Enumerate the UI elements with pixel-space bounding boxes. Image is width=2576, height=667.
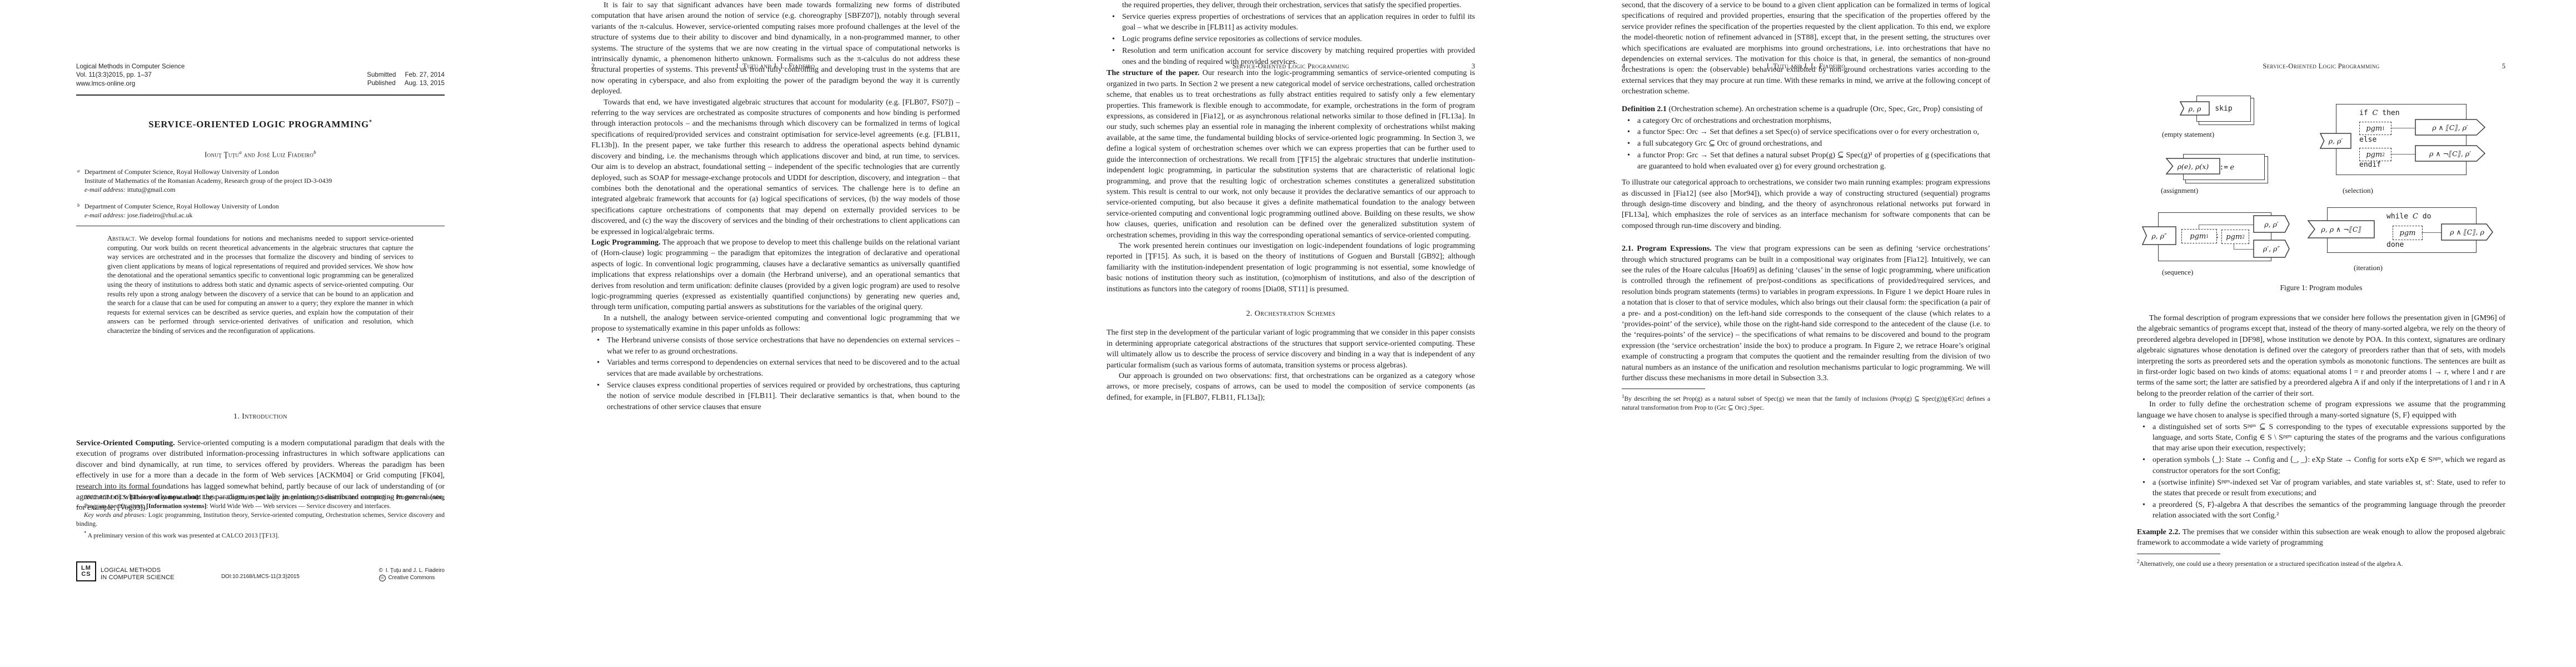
author-1: Ionuţ Ţuţu: [205, 150, 239, 158]
list-item: Service clauses express conditional prop…: [591, 380, 960, 412]
figure-caption: Figure 1: Program modules: [2137, 283, 2505, 292]
paragraph: In a nutshell, the analogy between servi…: [591, 313, 960, 335]
paragraph: In order to fully define the orchestrati…: [2137, 399, 2505, 421]
submitted-label: Submitted: [367, 71, 396, 79]
ccs-note: 2012 ACM CCS: [Theory of computation]: L…: [76, 494, 445, 511]
selection-else-line: else: [2359, 136, 2376, 144]
list-item: operation symbols ⟨_⟩: State → Config an…: [2137, 455, 2505, 476]
affiliation-a: a Department of Computer Science, Royal …: [76, 167, 445, 195]
list-item: a category Orc of orchestrations and orc…: [1622, 116, 1990, 126]
author-2: José Luiz Fiadeiro: [257, 150, 314, 158]
paragraph: Towards that end, we have investigated a…: [591, 97, 960, 237]
list-item: a preordered ⟨S, F⟩-algebra A that descr…: [2137, 500, 2505, 521]
requires-tag: ρ ∧ ⟦C⟧, ρ: [2442, 224, 2493, 240]
page-3: Service-Oriented Logic Programming 3 the…: [1030, 0, 1546, 667]
bullet-list: The Herbrand universe consists of those …: [591, 335, 960, 412]
example-lead: Example 2.2.: [2137, 528, 2180, 536]
section-1-heading: 1. Introduction: [76, 412, 445, 421]
subsection: 2.1. Program Expressions. The view that …: [1622, 243, 1990, 384]
pgm-box: pgm2: [2221, 230, 2249, 244]
journal-dates: SubmittedFeb. 27, 2014 PublishedAug. 13,…: [367, 71, 445, 88]
module-caption: (sequence): [2162, 268, 2273, 277]
footnote: 2Alternatively, one could use a theory p…: [2137, 558, 2505, 569]
abstract-rule: [76, 226, 445, 226]
paragraph: The structure of the paper. Our research…: [1107, 68, 1475, 241]
module-caption: (selection): [2343, 186, 2459, 195]
module-caption: (iteration): [2354, 263, 2470, 272]
submitted-date: Feb. 27, 2014: [405, 71, 445, 78]
footnote-block: 1By describing the set Prop(g) as a natu…: [1622, 389, 1990, 413]
paragraph: The work presented herein continues our …: [1107, 241, 1475, 295]
pgm-box: pgm1: [2359, 122, 2391, 135]
page-body: It is fair to say that significant advan…: [591, 0, 960, 413]
figure-1-program-modules: skip ρ, ρ (empty statement) x := e ρ(e),…: [2137, 88, 2505, 305]
section-2-heading: 2. Orchestration Schemes: [1107, 308, 1475, 319]
paragraph-continuation: the required properties, they deliver, t…: [1107, 0, 1475, 11]
connector-line: [2421, 232, 2442, 233]
footnote-block: 2Alternatively, one could use a theory p…: [2137, 554, 2505, 569]
list-item: a functor Prop: Grc → Set that defines a…: [1622, 150, 1990, 172]
provides-tag: ρ(e), ρ(x): [2166, 158, 2220, 174]
published-label: Published: [367, 79, 396, 87]
abstract-label: Abstract.: [107, 235, 137, 242]
journal-header: Logical Methods in Computer Science Vol.…: [76, 62, 445, 88]
list-item: a functor Spec: Orc → Set that defines a…: [1622, 127, 1990, 137]
published-date: Aug. 13, 2015: [405, 79, 445, 87]
footnote: 1By describing the set Prop(g) as a natu…: [1622, 392, 1990, 413]
authors-line: Ionuţ Ţuţua and José Luiz Fiadeirob: [76, 150, 445, 159]
definition: Definition 2.1 (Orchestration scheme). A…: [1622, 104, 1990, 115]
requires-tag: ρ′, ρ″: [2254, 240, 2289, 257]
page-number: 5: [2502, 62, 2505, 71]
paragraph: Logic Programming. The approach that we …: [591, 237, 960, 313]
paragraph: Our approach is grounded on two observat…: [1107, 371, 1475, 403]
affiliation-b: b Department of Computer Science, Royal …: [76, 202, 445, 220]
paragraph: To illustrate our categorical approach t…: [1622, 177, 1990, 231]
connector-line: [2234, 249, 2255, 250]
list-item: Resolution and term unification account …: [1107, 46, 1475, 67]
pgm-box: pgm2: [2359, 148, 2391, 161]
page-body: second, that the discovery of a service …: [1622, 0, 1990, 413]
footnote-rule: [76, 489, 160, 490]
pgm-box: pgm: [2393, 226, 2423, 240]
footnote-rule: [1622, 389, 1705, 389]
rights-block: ©I. Ţuţu and J. L. Fiadeiro ccCreative C…: [379, 567, 445, 581]
page-body: The formal description of program expres…: [2137, 313, 2505, 569]
list-item: Logic programs define service repositori…: [1107, 34, 1475, 44]
paragraph: second, that the discovery of a service …: [1622, 0, 1990, 97]
requires-tag: ρ ∧ ⟦C⟧, ρ′: [2415, 120, 2485, 135]
paragraph-lead: The structure of the paper.: [1107, 69, 1199, 77]
page-1: Logical Methods in Computer Science Vol.…: [0, 0, 515, 667]
bullet-list: a distinguished set of sorts Sᵖᵍᵐ ⊆ S co…: [2137, 422, 2505, 521]
sequence-operator: ;: [2216, 231, 2219, 240]
connector-line: [2390, 128, 2416, 128]
example: Example 2.2. The premises that we consid…: [2137, 527, 2505, 549]
selection-endif-line: endif: [2359, 161, 2381, 169]
list-item: a distinguished set of sorts Sᵖᵍᵐ ⊆ S co…: [2137, 422, 2505, 454]
header-rule: [76, 94, 445, 97]
keywords-note: Key words and phrases: Logic programming…: [76, 511, 445, 529]
connector-line: [2199, 225, 2255, 225]
requires-tag: ρ ∧ ¬⟦C⟧, ρ′: [2415, 146, 2485, 161]
list-item: a full subcategory Grc ⊆ Orc of ground o…: [1622, 138, 1990, 149]
provides-tag: ρ, ρ′: [2320, 133, 2351, 148]
provides-tag: ρ, ρ: [2180, 102, 2209, 115]
page-body: the required properties, they deliver, t…: [1107, 0, 1475, 403]
paragraph: The first step in the development of the…: [1107, 327, 1475, 371]
list-item: Service queries express properties of or…: [1107, 12, 1475, 33]
list-item: The Herbrand universe consists of those …: [591, 335, 960, 357]
list-item: a (sortwise infinite) Sᵖᵍᵐ-indexed set V…: [2137, 477, 2505, 499]
running-head: Service-Oriented Logic Programming 5: [2137, 62, 2505, 71]
provides-tag: ρ, ρ″: [2142, 227, 2176, 245]
footnote-rule: [2137, 554, 2220, 554]
title-footnote-mark: *: [369, 119, 372, 125]
page-4: 4 I. Ţuţu and J. L. Fiadeiro second, tha…: [1546, 0, 2061, 667]
list-item: Variables and terms correspond to depend…: [591, 357, 960, 379]
footnote-block: 2012 ACM CCS: [Theory of computation]: L…: [76, 489, 445, 540]
paragraph: It is fair to say that significant advan…: [591, 0, 960, 97]
subsection-lead: 2.1. Program Expressions.: [1622, 245, 1712, 253]
document-spread: { "page1": { "journal": { "name": "Logic…: [0, 0, 2576, 667]
provides-tag: ρ, ρ ∧ ¬⟦C⟧: [2308, 221, 2374, 238]
connector-line: [2390, 154, 2416, 155]
module-caption: (assignment): [2161, 186, 2272, 195]
requires-tag: ρ, ρ′: [2254, 216, 2289, 232]
email-address[interactable]: ittutu@gmail.com: [127, 186, 176, 193]
paragraph: The formal description of program expres…: [2137, 313, 2505, 399]
skip-keyword: skip: [2215, 104, 2232, 113]
page-footer: LMCS LOGICAL METHODS IN COMPUTER SCIENCE…: [76, 559, 445, 593]
page-2: 2 I. Ţuţu and J. L. Fiadeiro It is fair …: [515, 0, 1030, 667]
selection-if-line: if C then: [2359, 109, 2400, 117]
affiliations: a Department of Computer Science, Royal …: [76, 167, 445, 227]
paragraph-lead: Logic Programming.: [591, 238, 660, 247]
email-address[interactable]: jose.fiadeiro@rhul.ac.uk: [127, 211, 193, 219]
iteration-while-line: while C do: [2386, 212, 2431, 221]
abstract: Abstract. We develop formal foundations …: [107, 234, 413, 336]
pgm-box: pgm1: [2181, 229, 2217, 243]
creative-commons-icon: cc: [379, 575, 386, 581]
page-5: Service-Oriented Logic Programming 5 ski…: [2061, 0, 2576, 667]
iteration-done-line: done: [2386, 241, 2404, 249]
star-note: * A preliminary version of this work was…: [76, 529, 445, 541]
copyright-icon: ©: [379, 567, 383, 574]
journal-name: Logical Methods in Computer Science: [76, 62, 445, 71]
module-selection: [2336, 104, 2467, 175]
module-caption: (empty statement): [2162, 130, 2273, 139]
definition-list: a category Orc of orchestrations and orc…: [1622, 116, 1990, 172]
bullet-list: Service queries express properties of or…: [1107, 12, 1475, 67]
paper-title: SERVICE-ORIENTED LOGIC PROGRAMMING*: [76, 119, 445, 130]
paragraph-lead: Service-Oriented Computing.: [76, 439, 175, 447]
definition-label: Definition 2.1: [1622, 105, 1667, 113]
